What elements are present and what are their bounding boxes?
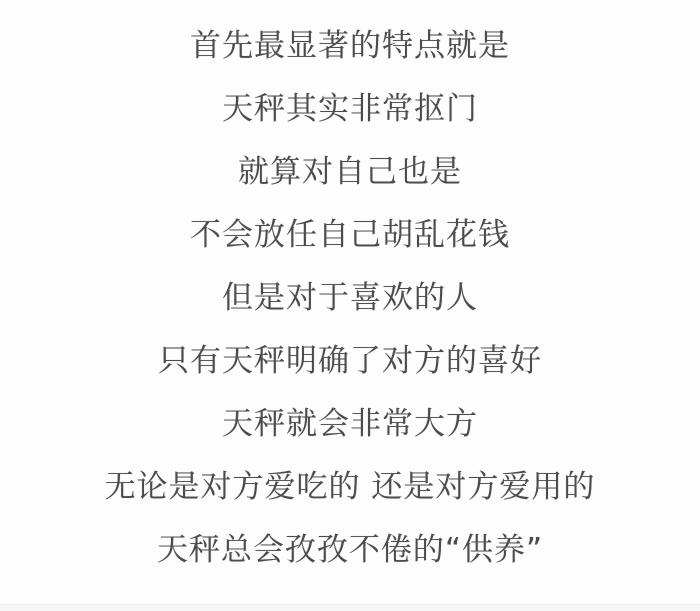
text-line: 天秤总会孜孜不倦的“供养”	[0, 519, 700, 582]
text-line: 但是对于喜欢的人	[0, 267, 700, 330]
text-line: 不会放任自己胡乱花钱	[0, 204, 700, 267]
text-line: 天秤就会非常大方	[0, 393, 700, 456]
bottom-edge-strip	[0, 604, 700, 611]
text-line: 就算对自己也是	[0, 141, 700, 204]
text-line: 无论是对方爱吃的 还是对方爱用的	[0, 456, 700, 519]
text-line: 天秤其实非常抠门	[0, 78, 700, 141]
quote-card: 首先最显著的特点就是 天秤其实非常抠门 就算对自己也是 不会放任自己胡乱花钱 但…	[0, 0, 700, 611]
text-line: 首先最显著的特点就是	[0, 15, 700, 78]
text-line: 只有天秤明确了对方的喜好	[0, 330, 700, 393]
